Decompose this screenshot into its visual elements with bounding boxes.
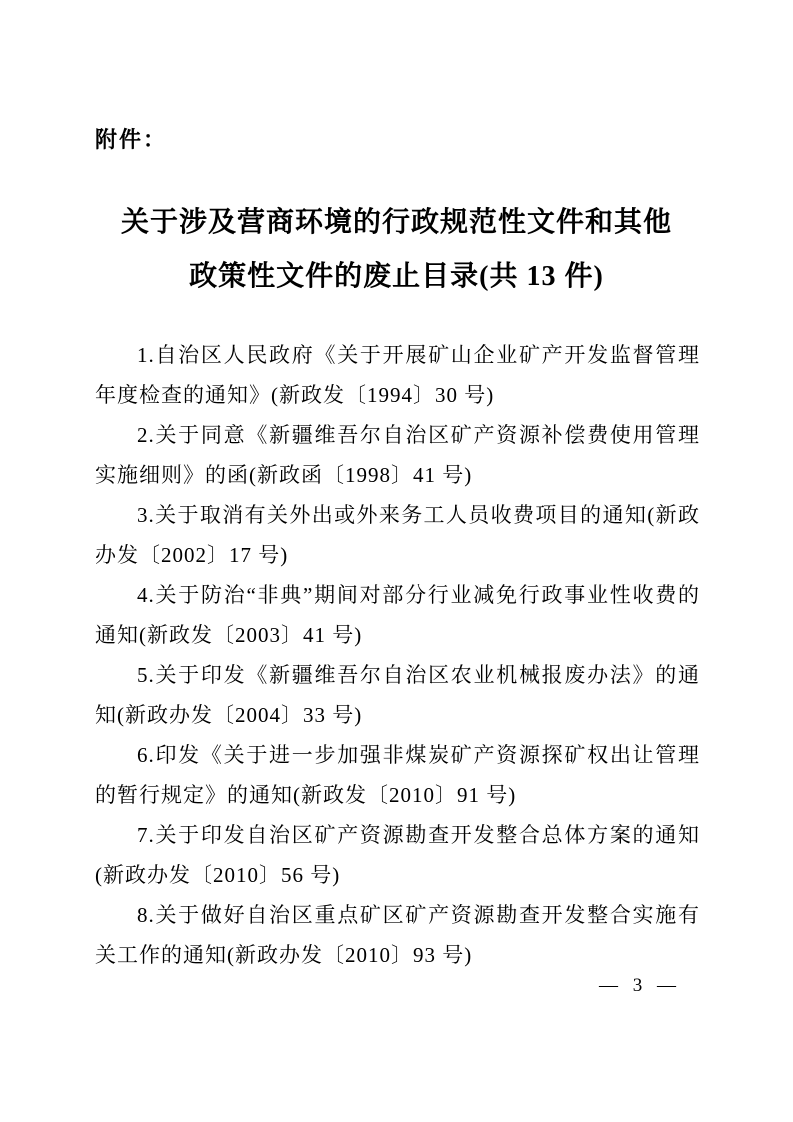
- list-item-8: 8.关于做好自治区重点矿区矿产资源勘查开发整合实施有关工作的通知(新政办发〔20…: [95, 895, 700, 975]
- document-title-line2: 政策性文件的废止目录(共 13 件): [60, 250, 733, 304]
- page-number: — 3 —: [599, 972, 681, 1000]
- list-item-6: 6.印发《关于进一步加强非煤炭矿产资源探矿权出让管理的暂行规定》的通知(新政发〔…: [95, 735, 700, 815]
- list-item-7: 7.关于印发自治区矿产资源勘查开发整合总体方案的通知(新政办发〔2010〕56 …: [95, 815, 700, 895]
- repeal-catalog-list: 1.自治区人民政府《关于开展矿山企业矿产开发监督管理年度检查的通知》(新政发〔1…: [95, 335, 700, 975]
- document-title-line1: 关于涉及营商环境的行政规范性文件和其他: [60, 196, 733, 250]
- document-title: 关于涉及营商环境的行政规范性文件和其他 政策性文件的废止目录(共 13 件): [60, 196, 733, 304]
- list-item-4: 4.关于防治“非典”期间对部分行业减免行政事业性收费的通知(新政发〔2003〕4…: [95, 575, 700, 655]
- list-item-3: 3.关于取消有关外出或外来务工人员收费项目的通知(新政办发〔2002〕17 号): [95, 495, 700, 575]
- list-item-2: 2.关于同意《新疆维吾尔自治区矿产资源补偿费使用管理实施细则》的函(新政函〔19…: [95, 415, 700, 495]
- attachment-label: 附件：: [95, 126, 167, 154]
- list-item-5: 5.关于印发《新疆维吾尔自治区农业机械报废办法》的通知(新政办发〔2004〕33…: [95, 655, 700, 735]
- list-item-1: 1.自治区人民政府《关于开展矿山企业矿产开发监督管理年度检查的通知》(新政发〔1…: [95, 335, 700, 415]
- document-page: 附件： 关于涉及营商环境的行政规范性文件和其他 政策性文件的废止目录(共 13 …: [0, 0, 793, 1122]
